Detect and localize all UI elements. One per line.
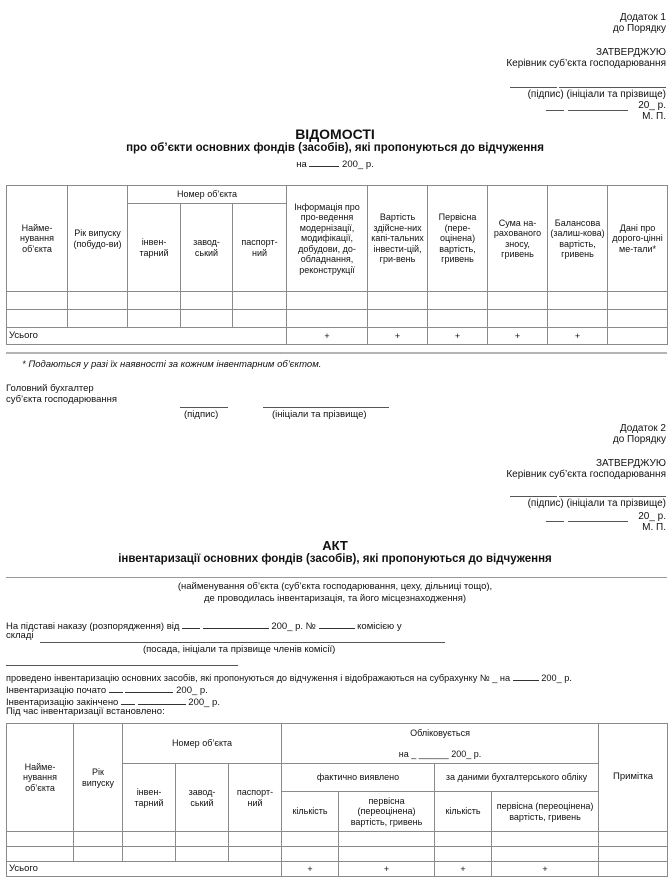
cell[interactable]	[229, 832, 282, 847]
name-line	[559, 87, 666, 88]
header-passport: паспорт-ний	[229, 764, 282, 832]
header-passport: паспорт-ний	[233, 204, 287, 292]
started-month-blank[interactable]	[125, 683, 173, 693]
table-row	[7, 292, 668, 310]
cell[interactable]	[233, 292, 287, 310]
total-mark: +	[492, 862, 599, 877]
header-factory: завод-ський	[176, 764, 229, 832]
order-day-blank[interactable]	[182, 619, 200, 629]
cell[interactable]	[7, 310, 68, 328]
cell[interactable]	[176, 832, 229, 847]
established-label: Під час інвентаризації встановлено:	[6, 707, 165, 718]
header-year: Рік випуску	[74, 724, 123, 832]
header-year: Рік випуску (побудо-ви)	[68, 186, 128, 292]
report-title: ВІДОМОСТІ	[0, 126, 670, 142]
signature-caption: (підпис) (ініціали та прізвище)	[528, 89, 666, 100]
signature-caption: (підпис) (ініціали та прізвище)	[528, 498, 666, 509]
cell[interactable]	[488, 310, 548, 328]
cell[interactable]	[339, 847, 435, 862]
signature-line	[510, 87, 557, 88]
cell[interactable]	[7, 832, 74, 847]
recorded-date: на _ ______ 200_ р.	[284, 748, 596, 760]
header-object-number: Номер об’єкта	[123, 724, 282, 764]
header-modernization: Інформація про про-ведення модернізації,…	[287, 186, 368, 292]
total-mark: +	[339, 862, 435, 877]
cell[interactable]	[492, 847, 599, 862]
accountant-title-2: суб’єкта господарювання	[6, 395, 117, 406]
accountant-name-caption: (ініціали та прізвище)	[272, 410, 367, 421]
cell[interactable]	[74, 847, 123, 862]
total-row: Усього + + + + +	[7, 328, 668, 345]
cell[interactable]	[608, 292, 668, 310]
report-subtitle: про об’єкти основних фондів (засобів), я…	[0, 142, 670, 154]
act-title: АКТ	[0, 538, 670, 553]
header-name: Найме-нування об’єкта	[7, 186, 68, 292]
header-actual-quantity: кількість	[282, 792, 339, 832]
composition-label: складі	[6, 631, 34, 642]
table-row	[7, 832, 668, 847]
month-blank	[568, 110, 628, 111]
total-mark	[608, 328, 668, 345]
composition-caption: (посада, ініціали та прізвище членів ком…	[143, 645, 335, 656]
header-name: Найме-нування об’єкта	[7, 724, 74, 832]
appendix-label: Додаток 1	[506, 12, 666, 23]
header-factory: завод-ський	[181, 204, 233, 292]
total-mark: +	[287, 328, 368, 345]
cell[interactable]	[435, 847, 492, 862]
report-table: Найме-нування об’єкта Рік випуску (побуд…	[6, 185, 668, 345]
object-line	[6, 577, 667, 578]
cell[interactable]	[181, 292, 233, 310]
order-line: На підставі наказу (розпорядження) від 2…	[6, 619, 402, 633]
object-caption-1: (найменування об’єкта (суб’єкта господар…	[0, 581, 670, 592]
cell[interactable]	[548, 310, 608, 328]
appendix-2-header: Додаток 2 до Порядку ЗАТВЕРДЖУЮ Керівник…	[506, 423, 666, 480]
header-note: Примітка	[599, 724, 668, 832]
total-row: Усього + + + +	[7, 862, 668, 877]
procedure-label: до Порядку	[506, 23, 666, 34]
header-accounting-quantity: кількість	[435, 792, 492, 832]
footnote: * Подаються у разі їх наявності за кожни…	[22, 360, 321, 371]
table-row	[7, 847, 668, 862]
day-blank	[546, 521, 564, 522]
cell[interactable]	[181, 310, 233, 328]
conducted-date-blank[interactable]	[513, 671, 539, 681]
total-mark: +	[282, 862, 339, 877]
cell[interactable]	[287, 292, 368, 310]
header-actual-value: первісна (переоцінена) вартість, гривень	[339, 792, 435, 832]
header-object-number: Номер об’єкта	[128, 186, 287, 204]
cell[interactable]	[435, 832, 492, 847]
cell[interactable]	[233, 310, 287, 328]
cell[interactable]	[123, 832, 176, 847]
cell[interactable]	[128, 310, 181, 328]
date-year: 20_ р.	[638, 511, 666, 522]
table-row	[7, 310, 668, 328]
approve-label: ЗАТВЕРДЖУЮ	[506, 458, 666, 469]
header-accounting: за даними бухгалтерського обліку	[435, 764, 599, 792]
report-date: на 200_ р.	[0, 157, 670, 170]
divider	[6, 352, 667, 354]
conducted-line: проведено інвентаризацію основних засобі…	[6, 671, 572, 684]
act-subtitle: інвентаризації основних фондів (засобів)…	[0, 553, 670, 565]
object-caption-2: де проводилась інвентаризація, та його м…	[0, 593, 670, 604]
cell[interactable]	[488, 292, 548, 310]
cell[interactable]	[282, 832, 339, 847]
order-number-blank[interactable]	[319, 619, 355, 629]
accountant-signature-line	[180, 407, 228, 408]
day-blank	[546, 110, 564, 111]
cell[interactable]	[123, 847, 176, 862]
composition-line[interactable]	[40, 642, 445, 643]
finished-day-blank[interactable]	[121, 695, 135, 705]
header-accounting-value: первісна (переоцінена) вартість, гривень	[492, 792, 599, 832]
composition-line-2[interactable]	[6, 665, 238, 666]
cell[interactable]	[599, 832, 668, 847]
cell[interactable]	[368, 310, 428, 328]
accountant-name-line	[263, 407, 389, 408]
cell[interactable]	[128, 292, 181, 310]
total-mark: +	[428, 328, 488, 345]
total-label: Усього	[7, 328, 287, 345]
cell[interactable]	[492, 832, 599, 847]
total-mark: +	[548, 328, 608, 345]
header-depreciation: Сума на-рахованого зносу, гривень	[488, 186, 548, 292]
total-mark: +	[488, 328, 548, 345]
head-label: Керівник суб’єкта господарювання	[506, 58, 666, 69]
seal-label: М. П.	[642, 111, 666, 122]
seal-label: М. П.	[642, 522, 666, 533]
order-month-blank[interactable]	[203, 619, 269, 629]
cell[interactable]	[608, 310, 668, 328]
cell[interactable]	[7, 292, 68, 310]
head-label: Керівник суб’єкта господарювання	[506, 469, 666, 480]
month-blank	[568, 521, 628, 522]
accountant-title-1: Головний бухгалтер	[6, 384, 94, 395]
total-mark	[599, 862, 668, 877]
appendix-1-header: Додаток 1 до Порядку ЗАТВЕРДЖУЮ Керівник…	[506, 12, 666, 69]
header-inventory: інвен-тарний	[128, 204, 181, 292]
cell[interactable]	[428, 292, 488, 310]
header-actual: фактично виявлено	[282, 764, 435, 792]
cell[interactable]	[176, 847, 229, 862]
name-line	[559, 496, 666, 497]
cell[interactable]	[287, 310, 368, 328]
header-recorded: Обліковується на _ ______ 200_ р.	[282, 724, 599, 764]
signature-line	[510, 496, 557, 497]
header-capital-investment: Вартість здійсне-них капі-тальних інвест…	[368, 186, 428, 292]
total-mark: +	[435, 862, 492, 877]
cell[interactable]	[548, 292, 608, 310]
accountant-signature-caption: (підпис)	[184, 410, 218, 421]
appendix-label: Додаток 2	[506, 423, 666, 434]
procedure-label: до Порядку	[506, 434, 666, 445]
date-blank[interactable]	[309, 157, 339, 167]
header-precious-metals: Дані про дорого-цінні ме-тали*	[608, 186, 668, 292]
cell[interactable]	[68, 292, 128, 310]
cell[interactable]	[428, 310, 488, 328]
cell[interactable]	[74, 832, 123, 847]
total-label: Усього	[7, 862, 282, 877]
header-inventory: інвен-тарний	[123, 764, 176, 832]
approve-label: ЗАТВЕРДЖУЮ	[506, 47, 666, 58]
cell[interactable]	[68, 310, 128, 328]
header-balance-value: Балансова (залиш-кова) вартість, гривень	[548, 186, 608, 292]
cell[interactable]	[339, 832, 435, 847]
cell[interactable]	[368, 292, 428, 310]
cell[interactable]	[282, 847, 339, 862]
started-day-blank[interactable]	[109, 683, 123, 693]
cell[interactable]	[7, 847, 74, 862]
cell[interactable]	[599, 847, 668, 862]
date-year: 20_ р.	[638, 100, 666, 111]
finished-month-blank[interactable]	[138, 695, 186, 705]
cell[interactable]	[229, 847, 282, 862]
header-initial-value: Первісна (пере-оцінена) вартість, гривен…	[428, 186, 488, 292]
act-table: Найме-нування об’єкта Рік випуску Номер …	[6, 723, 668, 877]
total-mark: +	[368, 328, 428, 345]
